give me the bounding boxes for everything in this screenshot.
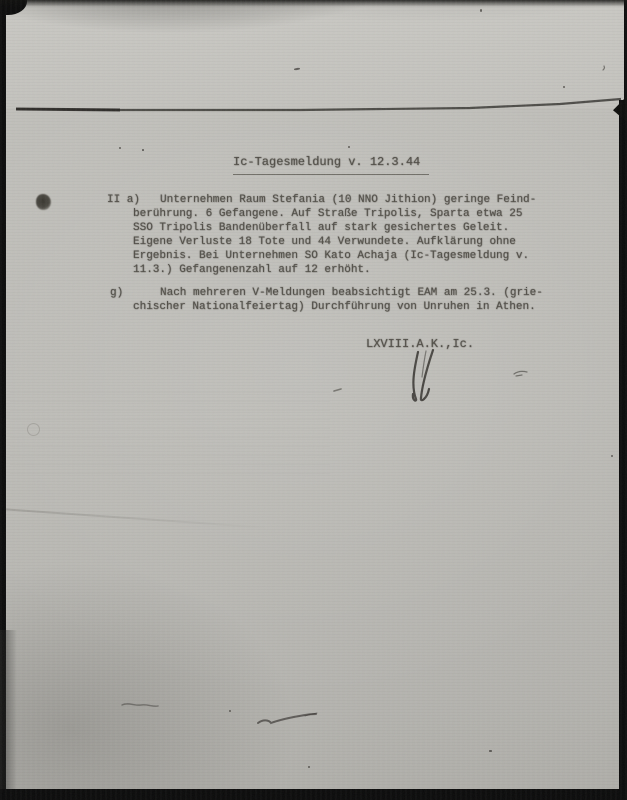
body-line: chischer Nationalfeiertag) Durchführung … xyxy=(133,300,536,314)
background-sheet xyxy=(0,0,627,110)
body-line: Nach mehreren V-Meldungen beabsichtigt E… xyxy=(160,286,543,300)
paper-speck xyxy=(348,146,350,148)
body-line: berührung. 6 Gefangene. Auf Straße Tripo… xyxy=(133,207,522,221)
paper-ring-stain xyxy=(27,423,40,436)
body-line: Eigene Verluste 18 Tote und 44 Verwundet… xyxy=(133,235,516,249)
photo-border-top-shadow xyxy=(0,0,627,7)
photo-border-left-shadow xyxy=(0,630,17,800)
body-line: Ergebnis. Bei Unternehmen SO Kato Achaja… xyxy=(133,249,529,263)
section-label: g) xyxy=(110,286,123,300)
document-title: Ic-Tagesmeldung v. 12.3.44 xyxy=(233,155,429,175)
body-line: Unternehmen Raum Stefania (10 NNO Jithio… xyxy=(160,193,536,207)
paper-speck xyxy=(119,147,121,149)
unit-signoff: LXVIII.A.K.,Ic. xyxy=(366,337,474,351)
section-label: II a) xyxy=(107,193,140,207)
paper-speck xyxy=(489,750,492,752)
body-line: 11.3.) Gefangenenzahl auf 12 erhöht. xyxy=(133,263,371,277)
photo-border-right xyxy=(619,100,627,800)
photo-border-bottom xyxy=(0,789,627,800)
paper-speck xyxy=(308,766,310,768)
paper-speck xyxy=(611,455,613,457)
paper-speck xyxy=(480,9,482,12)
hole-punch-mark xyxy=(36,194,51,210)
scanned-document-photo: Ic-Tagesmeldung v. 12.3.44 II a) Unterne… xyxy=(0,0,627,800)
paper-speck xyxy=(563,86,565,88)
paper-speck xyxy=(142,149,144,151)
paper-speck xyxy=(229,710,231,712)
paper-streaks xyxy=(10,392,330,480)
body-line: SSO Tripolis Bandenüberfall auf stark ge… xyxy=(133,221,509,235)
